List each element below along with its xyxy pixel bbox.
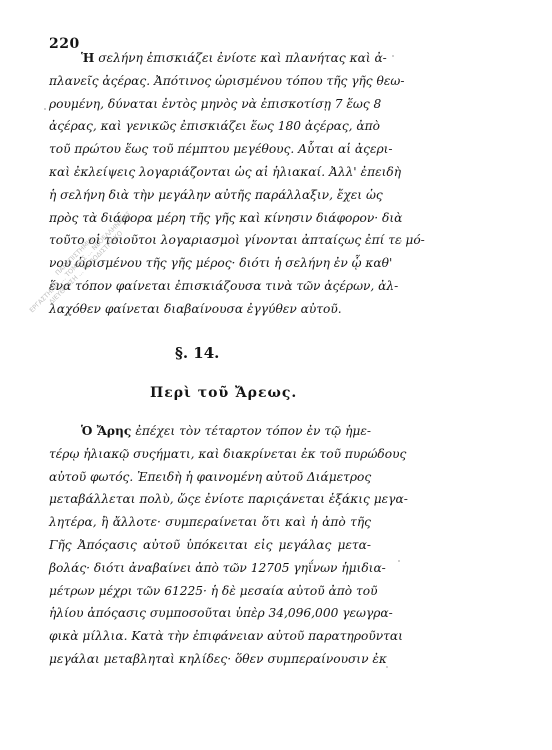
text-line: μεγάλαι μεταβληταὶ κηλίδες· ὅθεν συμπερα… <box>49 648 371 671</box>
text-line: καὶ ἐκλείψεις λογαριάζονται ὡς αἱ ἡλιακα… <box>49 161 371 184</box>
book-page: 220 Ἡ σελήνη ἐπισκιάζει ἐνίοτε καὶ πλανή… <box>0 0 552 750</box>
drop-lead: Ἡ <box>81 51 94 65</box>
text-line: φικὰ μίλλια. Κατὰ τὴν ἐπιφάνειαν αὐτοῦ π… <box>49 625 371 648</box>
text-line: τοῦτο οἱ τοιοῦτοι λογαριασμοὶ γίνονται ἀ… <box>49 229 371 252</box>
section-title: Περὶ τοῦ Ἄρεως. <box>150 385 297 401</box>
text-line: μεταβάλλεται πολὺ, ὥςε ἐνίοτε παριςάνετα… <box>49 488 371 511</box>
text-line: αὐτοῦ φωτός. Ἐπειδὴ ἡ φαινομένη αὐτοῦ Δι… <box>49 466 371 489</box>
text-line: Γῆς Ἀπόςασις αὐτοῦ ὑπόκειται εἰς μεγάλας… <box>49 534 371 557</box>
text-line: Ἡ σελήνη ἐπισκιάζει ἐνίοτε καὶ πλανήτας … <box>49 47 371 70</box>
paper-speck <box>392 55 394 57</box>
text-line: Ὁ Ἄρης ἐπέχει τὸν τέταρτον τόπον ἐν τῷ ἡ… <box>49 420 371 443</box>
text-line: λητέρα, ἢ ἄλλοτε· συμπεραίνεται ὅτι καὶ … <box>49 511 371 534</box>
text-line: ἀςέρας, καὶ γενικῶς ἐπισκιάζει ἕως 180 ἀ… <box>49 115 371 138</box>
text-line: τοῦ πρώτου ἕως τοῦ πέμπτου μεγέθους. Αὗτ… <box>49 138 371 161</box>
text-line: λαχόθεν φαίνεται διαβαίνουσα ἐγγύθεν αὐτ… <box>49 298 371 321</box>
paper-speck <box>386 666 388 668</box>
text-line: πρὸς τὰ διάφορα μέρη τῆς γῆς καὶ κίνησιν… <box>49 207 371 230</box>
paper-speck <box>398 560 400 562</box>
text-line: πλανεῖς ἀςέρας. Ἀπότινος ὡρισμένου τόπου… <box>49 70 371 93</box>
text-line: ἡλίου ἀπόςασις συμποσοῦται ὑπὲρ 34,096,0… <box>49 602 371 625</box>
text-line: ἕνα τόπον φαίνεται ἐπισκιάζουσα τινὰ τῶν… <box>49 275 371 298</box>
text-line: ἡ σελήνη διὰ τὴν μεγάλην αὐτῆς παράλλαξι… <box>49 184 371 207</box>
section-number: §. 14. <box>175 344 219 362</box>
paragraph-moon-occultations: Ἡ σελήνη ἐπισκιάζει ἐνίοτε καὶ πλανήτας … <box>49 47 371 321</box>
drop-lead: Ὁ Ἄρης <box>81 424 131 438</box>
text-line: μέτρων μέχρι τῶν 61225· ἡ δὲ μεσαία αὐτο… <box>49 580 371 603</box>
text-line: νου ὡρισμένου τῆς γῆς μέρος· διότι ἡ σελ… <box>49 252 371 275</box>
text-line: ρουμένη, δύναται ἐντὸς μηνὸς νὰ ἐπισκοτί… <box>49 93 371 116</box>
paragraph-mars: Ὁ Ἄρης ἐπέχει τὸν τέταρτον τόπον ἐν τῷ ἡ… <box>49 420 371 671</box>
paper-speck <box>44 108 46 110</box>
text-line: τέρῳ ἡλιακῷ συςήματι, καὶ διακρίνεται ἐκ… <box>49 443 371 466</box>
paper-speck <box>400 240 402 242</box>
text-line: βολάς· διότι ἀναβαίνει ἀπὸ τῶν 12705 γηΐ… <box>49 557 371 580</box>
